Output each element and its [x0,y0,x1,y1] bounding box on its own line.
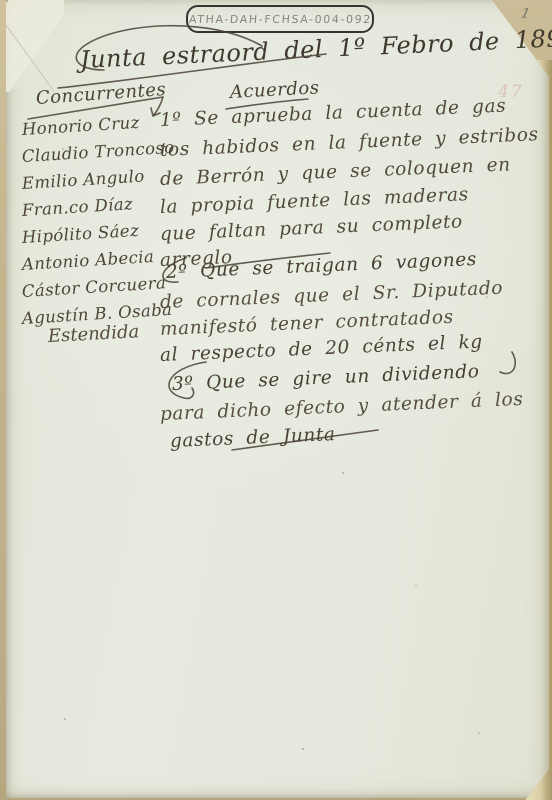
archive-reference-box: ATHA-DAH-FCHSA-004-092 [186,5,374,33]
archive-reference-code: ATHA-DAH-FCHSA-004-092 [188,13,372,26]
attendees-note: Estendida [48,323,140,346]
page-number: 1 [519,5,531,23]
paper-speckles [6,0,8,2]
agreements-header: Acuerdos [230,79,320,102]
paper-fold-top-left [6,0,64,92]
scanned-document: ATHA-DAH-FCHSA-004-092 1 47 Junta estrao… [0,0,552,800]
